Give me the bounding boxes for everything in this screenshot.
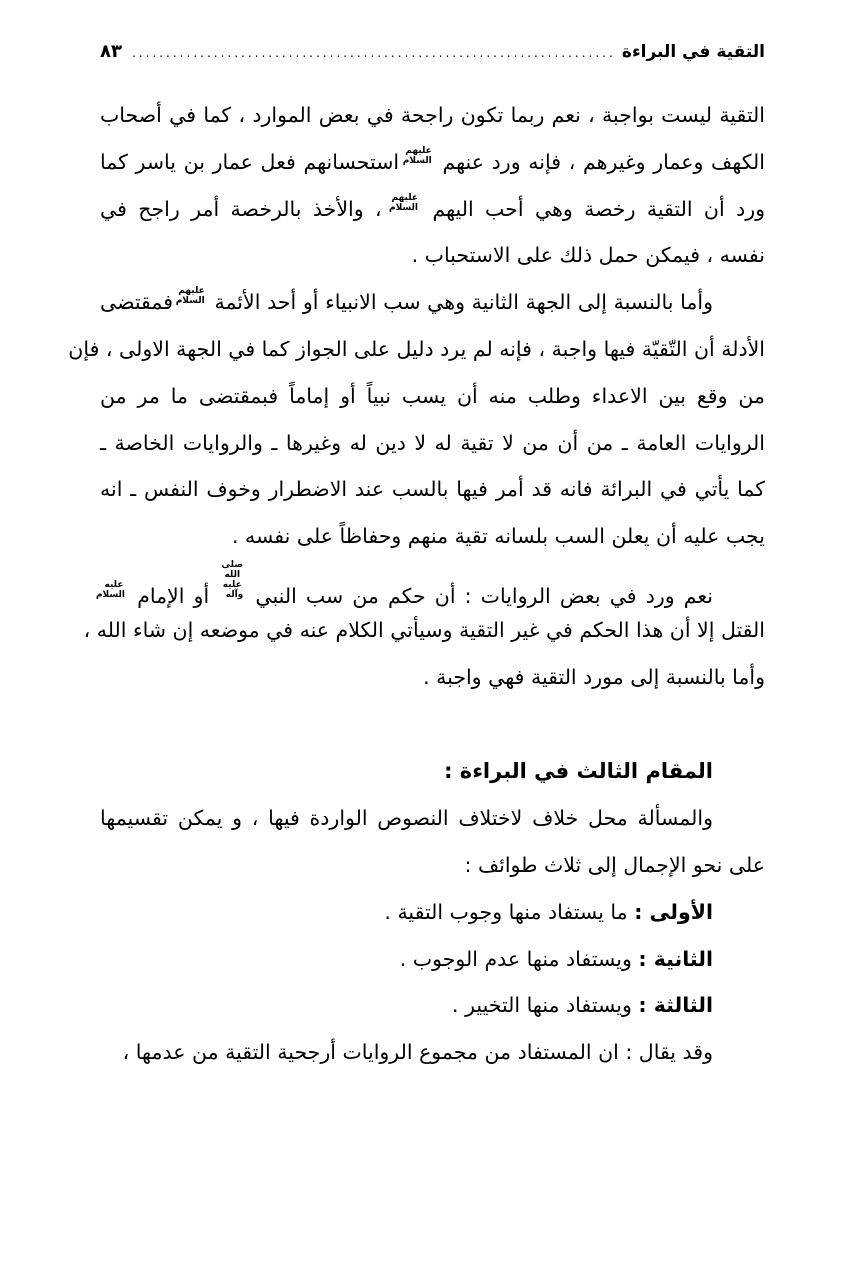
text-span: فمقتضى [100,290,173,314]
honorific-alayhim-icon: عليهم السلام [396,193,418,213]
text-line: وأما بالنسبة إلى الجهة الثانية وهي سب ال… [100,279,765,326]
text-span: ورد أن التقية رخصة وهي أحب اليهم [432,197,765,221]
text-line: نعم ورد في بعض الروايات : أن حكم من سب ا… [100,560,765,607]
honorific-alayhim-icon: عليهم السلام [183,286,205,306]
header-title: التقية في البراءة [622,34,765,70]
text-line: الكهف وعمار وغيرهم ، فإنه ورد عنهم عليهم… [100,139,765,186]
text-span: وأما بالنسبة إلى الجهة الثانية وهي سب ال… [214,290,713,314]
text-span: أو الإمام [137,584,209,608]
category-item-1: الأولى : ما يستفاد منها وجوب التقية . [100,889,765,936]
text-line: القتل إلا أن هذا الحكم في غير التقية وسي… [100,607,765,654]
text-line: الأدلة أن التّقيّة فيها واجبة ، فإنه لم … [100,326,765,373]
text-line: كما يأتي في البرائة فانه قد أمر فيها بال… [100,466,765,513]
text-span: استحسانهم فعل عمار بن ياسر كما [100,150,399,174]
text-line: ورد أن التقية رخصة وهي أحب اليهم عليهم ا… [100,186,765,233]
honorific-alayhim-icon: عليهم السلام [410,146,432,166]
category-item-3: الثالثة : ويستفاد منها التخيير . [100,982,765,1029]
honorific-alayhi-icon: عليه السلام [103,580,125,600]
category-text: ويستفاد منها عدم الوجوب . [400,947,632,971]
running-header: التقية في البراءة ......................… [100,34,765,70]
text-line: والمسألة محل خلاف لاختلاف النصوص الواردة… [100,795,765,842]
text-line: من وقع بين الاعداء وطلب منه أن يسب نبياً… [100,373,765,420]
header-dot-leader: ........................................… [132,35,612,71]
honorific-salla-allah-icon: صلى الله عليه وآله [221,560,243,600]
text-line: وقد يقال : ان المستفاد من مجموع الروايات… [100,1029,765,1076]
book-page: التقية في البراءة ......................… [100,0,765,1272]
category-text: ويستفاد منها التخيير . [452,993,632,1017]
text-span: ، والأخذ بالرخصة أمر راجح في [100,197,382,221]
text-span: نعم ورد في بعض الروايات : أن حكم من سب ا… [255,584,713,608]
text-span: الكهف وعمار وغيرهم ، فإنه ورد عنهم [442,150,765,174]
section-spacer [100,700,765,748]
text-line: الروايات العامة ـ من أن من لا تقية له لا… [100,420,765,467]
paragraph-2: وأما بالنسبة إلى الجهة الثانية وهي سب ال… [100,279,765,560]
text-line: على نحو الإجمال إلى ثلاث طوائف : [100,842,765,889]
section-heading: المقام الثالث في البراءة : [100,748,765,795]
section-third-station: المقام الثالث في البراءة : والمسألة محل … [100,748,765,1076]
page-number: ٨٣ [100,34,122,70]
body-text: التقية ليست بواجبة ، نعم ربما تكون راجحة… [100,92,765,1076]
category-label: الثانية : [638,947,713,971]
category-label: الثالثة : [638,993,713,1017]
paragraph-3: نعم ورد في بعض الروايات : أن حكم من سب ا… [100,560,765,700]
text-line: نفسه ، فيمكن حمل ذلك على الاستحباب . [100,232,765,279]
category-item-2: الثانية : ويستفاد منها عدم الوجوب . [100,936,765,983]
text-line: وأما بالنسبة إلى مورد التقية فهي واجبة . [100,654,765,701]
text-line: التقية ليست بواجبة ، نعم ربما تكون راجحة… [100,92,765,139]
category-label: الأولى : [634,900,713,924]
paragraph-1: التقية ليست بواجبة ، نعم ربما تكون راجحة… [100,92,765,279]
text-line: يجب عليه أن يعلن السب بلسانه تقية منهم و… [100,513,765,560]
category-text: ما يستفاد منها وجوب التقية . [384,900,627,924]
